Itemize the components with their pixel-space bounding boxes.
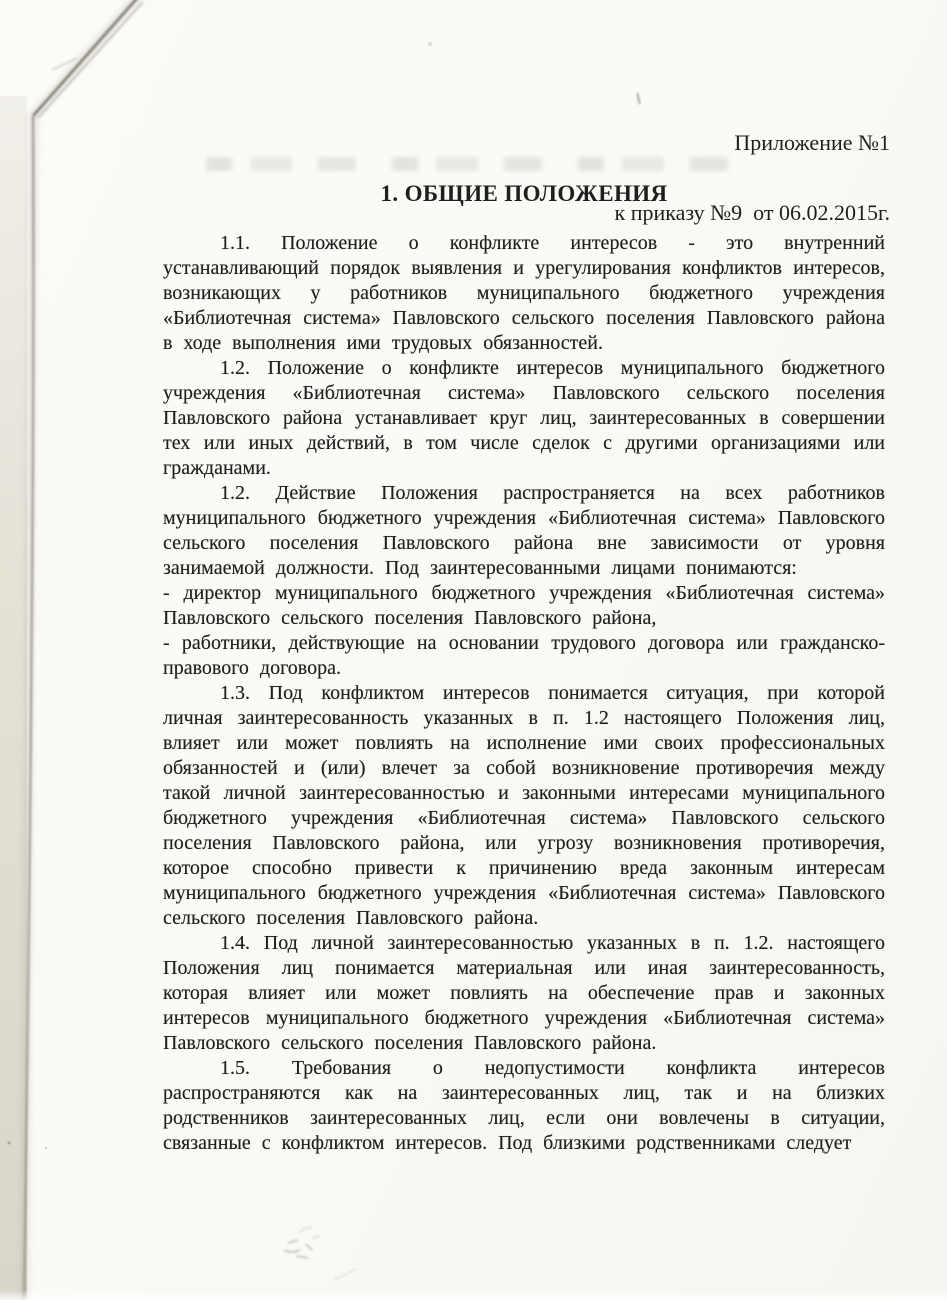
corner-fold-line [33,0,139,116]
scanned-document-page: Приложение №1 к приказу №9 от 06.02.2015… [0,0,947,1300]
fold-tick-mark [52,58,77,70]
paragraph-1-5: 1.5. Требования о недопустимости конфлик… [163,1056,885,1156]
section-title: 1. ОБЩИЕ ПОЛОЖЕНИЯ [163,181,885,207]
paragraph-1-1: 1.1. Положение о конфликте интересов - э… [163,231,885,356]
bottom-smudge [284,1228,320,1259]
document-body: 1.1. Положение о конфликте интересов - э… [163,231,885,1156]
margin-dot-2 [45,1147,47,1149]
appendix-number-line: Приложение №1 [734,130,890,155]
scratch-mark [334,1269,356,1280]
paragraph-1-2-action: 1.2. Действие Положения распространяется… [163,481,885,581]
paragraph-1-3: 1.3. Под конфликтом интересов понимается… [163,681,885,931]
margin-dot-1 [8,1142,11,1145]
fold-shadow [24,0,139,1300]
scan-bottom-band [0,1290,947,1300]
list-item-workers: - работники, действующие на основании тр… [163,631,885,681]
scanner-edge-strip [0,96,27,1300]
paper-edge-line [24,116,33,1300]
speck-top [428,42,431,45]
paragraph-1-2: 1.2. Положение о конфликте интересов мун… [163,356,885,481]
list-item-director: - директор муниципального бюджетного учр… [163,581,885,631]
corner-fold-line-inner [38,2,143,118]
paragraph-1-4: 1.4. Под личной заинтересованностью указ… [163,931,885,1056]
